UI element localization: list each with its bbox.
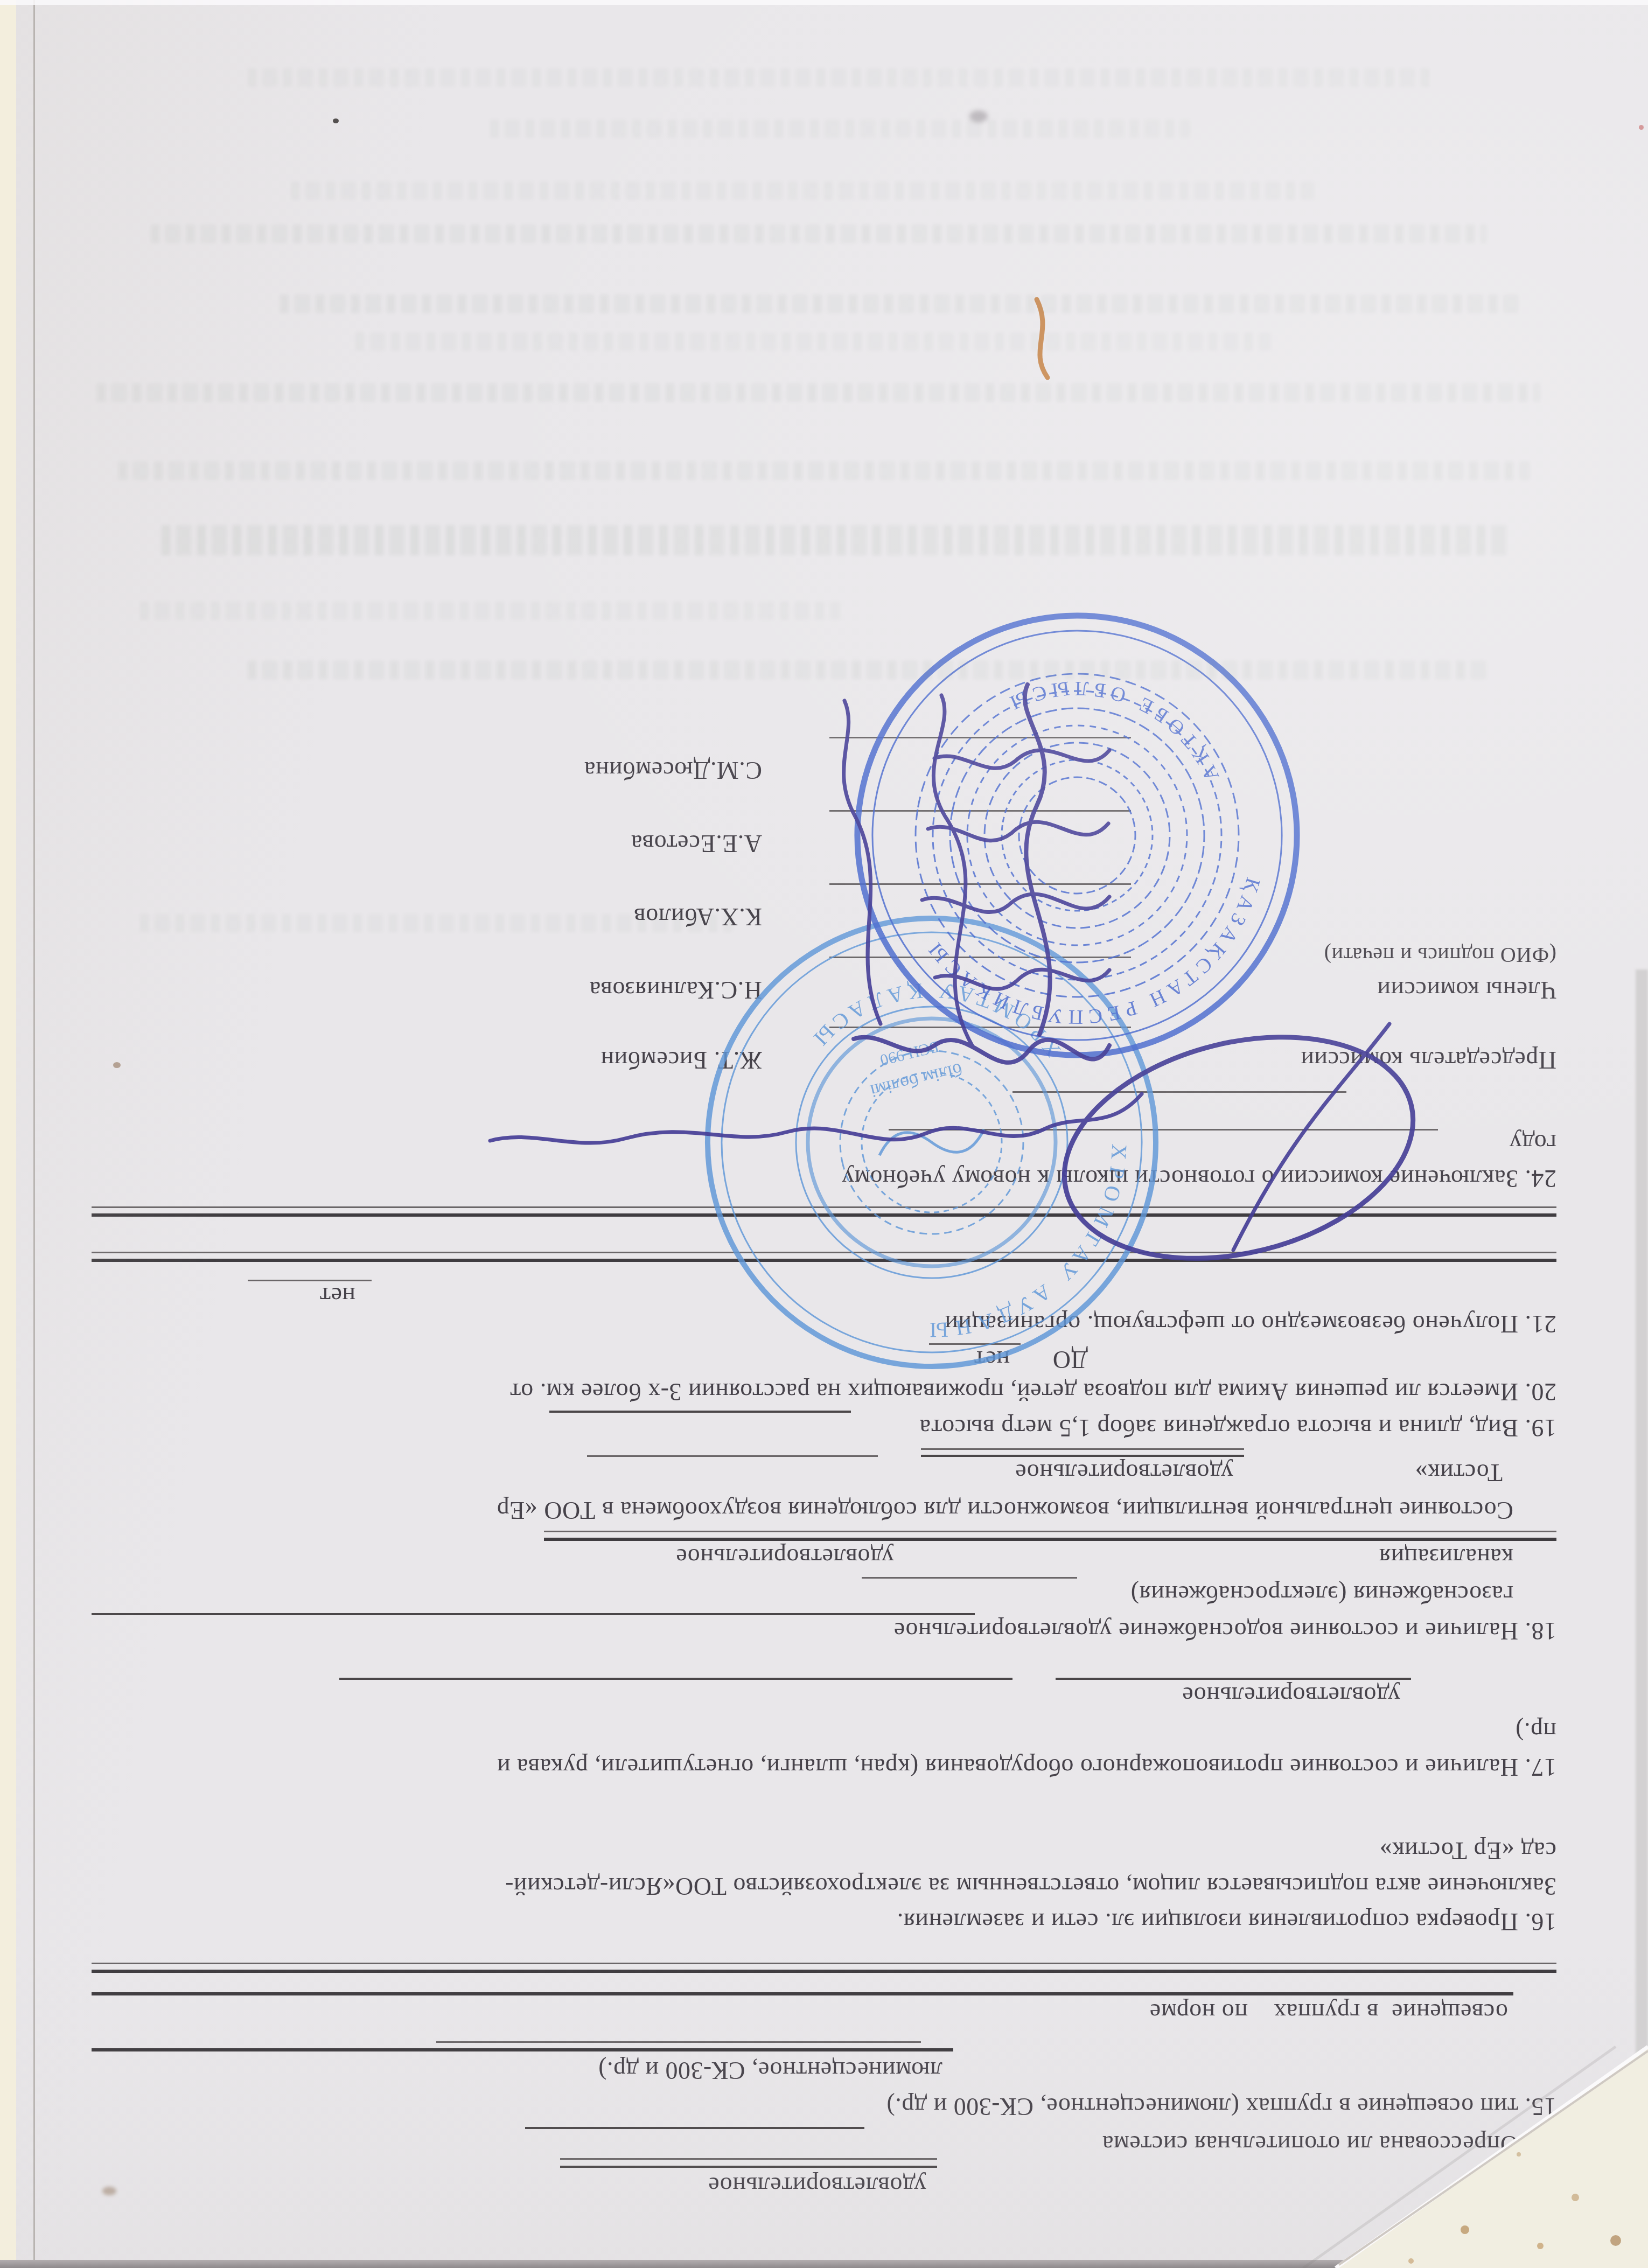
torn-corner-background	[1239, 1993, 1648, 2268]
item-18-vent-answer: удовлетворительное	[1015, 1459, 1233, 1486]
act-readiness-document: удовлетворительное 14. Опрессована ли от…	[0, 0, 1648, 2268]
item-17-line: 17. Наличие и состояние противопожарного…	[497, 1753, 1556, 1781]
bleedthrough-line	[162, 525, 1508, 555]
item-20-line: 20. Имеется ли решения Акима для подвоза…	[510, 1378, 1556, 1405]
section-rule	[92, 1963, 1556, 1964]
item-18-vent-continuation: Тостик»	[1415, 1459, 1503, 1486]
bleedthrough-line	[97, 383, 1540, 402]
bleedthrough-line	[140, 602, 840, 620]
item-18-gas-line: газоснабжения (электроснабжения)	[1130, 1580, 1513, 1608]
answer-underline	[921, 1448, 1244, 1450]
bleedthrough-line	[355, 332, 1271, 351]
stain-speck	[113, 1062, 121, 1068]
answer-underline	[560, 2166, 937, 2168]
item-17-continuation: пр.)	[1516, 1717, 1556, 1744]
blank-underline	[525, 2127, 864, 2129]
blank-underline	[339, 1678, 1012, 1680]
scanner-edge-band	[1636, 969, 1648, 2074]
item-15-answer: люминесцентное, СК-300 и др.)	[598, 2056, 942, 2084]
answer-underline	[544, 1538, 1556, 1541]
dust-speck	[333, 118, 339, 123]
answer-underline	[549, 1411, 851, 1413]
paper-edge-line	[33, 0, 35, 2268]
scanned-document-page: удовлетворительное 14. Опрессована ли от…	[0, 0, 1648, 2268]
item-24-continuation: году	[1509, 1129, 1556, 1156]
answer-underline	[921, 1455, 1244, 1457]
item-17-answer: удовлетворительное	[1182, 1681, 1400, 1709]
item-18-vent-line: Состояние центральной вентиляции, возмож…	[497, 1496, 1513, 1524]
blank-underline	[862, 1577, 1077, 1579]
handwritten-signatures	[275, 652, 1486, 1325]
answer-underline	[92, 1613, 975, 1615]
blank-underline	[587, 1455, 878, 1457]
bleedthrough-line	[151, 225, 1486, 243]
section-rule	[92, 1970, 1556, 1973]
smudge	[969, 110, 988, 122]
item-13-answer: удовлетворительное	[708, 2172, 926, 2199]
stain-smudge	[102, 2187, 116, 2195]
paper-edge-highlight	[0, 0, 1648, 5]
item-16-continuation: Заключение акта подписывается лицом, отв…	[505, 1872, 1556, 1900]
bleedthrough-line	[280, 295, 1519, 313]
bleedthrough-line	[140, 914, 732, 932]
scanner-edge-shadow	[0, 2260, 1357, 2268]
item-16-continuation-2: сад «Ер Тостик»	[1379, 1837, 1556, 1864]
bleedthrough-line	[118, 462, 1530, 480]
answer-underline	[1056, 1678, 1411, 1680]
item-18-line: 18. Наличие и состояние водоснабжение уд…	[893, 1617, 1556, 1644]
scanner-background-strip	[0, 0, 16, 2268]
red-speck	[1639, 125, 1644, 130]
bleedthrough-line	[291, 182, 1314, 200]
bleedthrough-line	[248, 661, 1486, 679]
item-18-sewer-line: канализация	[1379, 1543, 1513, 1571]
answer-underline	[560, 2158, 937, 2160]
item-19-line: 19. Вид, длина и высота ограждения забор…	[919, 1414, 1556, 1441]
answer-underline	[436, 2041, 921, 2043]
answer-underline	[92, 2048, 953, 2051]
answer-underline	[544, 1531, 1556, 1532]
bleedthrough-line	[490, 120, 1190, 138]
bleedthrough-line	[248, 68, 1433, 87]
item-18-sewer-answer: удовлетворительное	[676, 1543, 894, 1571]
item-16-line: 16. Проверка сопротивления изоляции эл. …	[897, 1908, 1556, 1935]
